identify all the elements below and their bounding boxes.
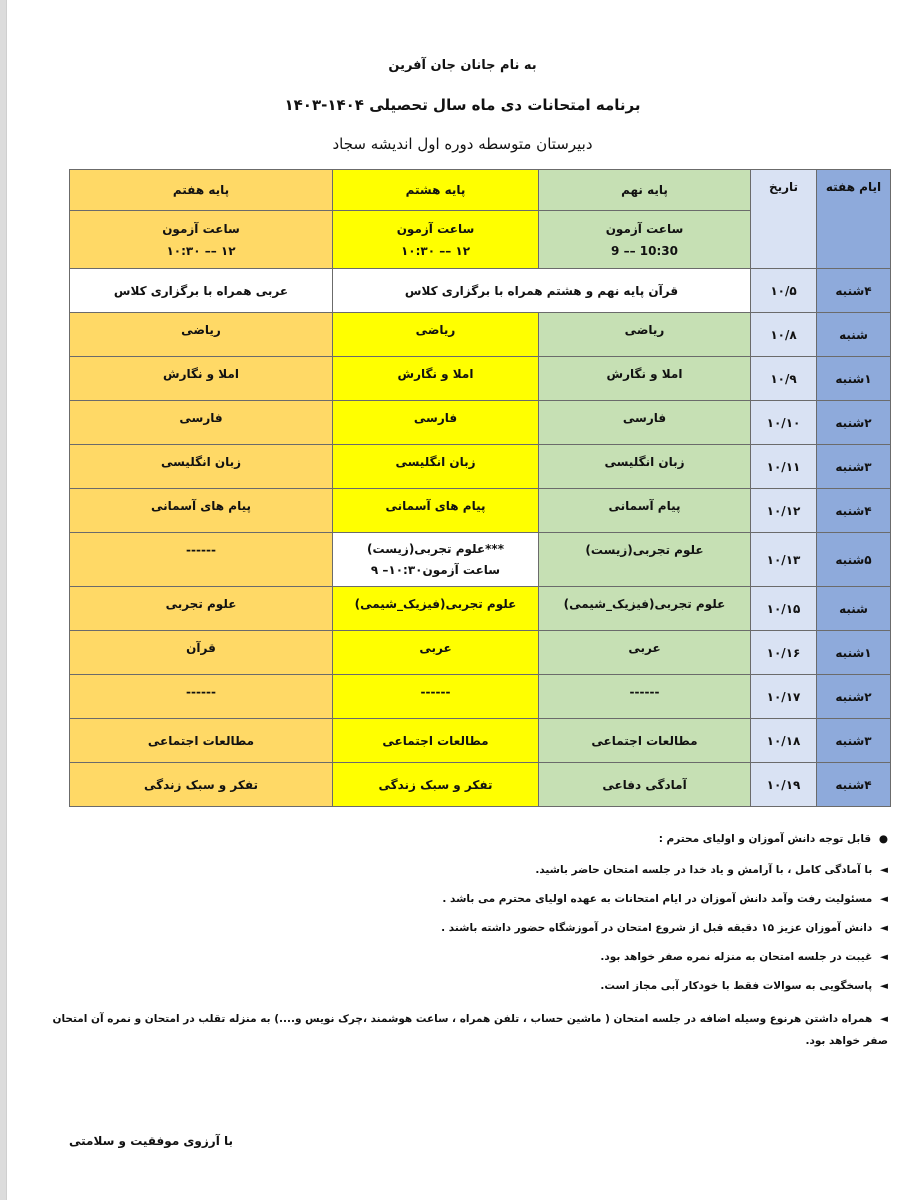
grade8-cell: ریاضی <box>333 313 539 357</box>
exam-time-label: ساعت آزمون <box>337 218 534 240</box>
grade7-cell: قرآن <box>70 631 333 675</box>
grade9-cell: عربی <box>539 631 751 675</box>
weekday-cell: ۵شنبه <box>817 533 891 587</box>
date-cell: ۱۰/۹ <box>751 357 817 401</box>
header-grade8: پایه هشتم <box>333 170 539 211</box>
weekday-cell: ۴شنبه <box>817 269 891 313</box>
header-grade9: پایه نهم <box>539 170 751 211</box>
triangle-bullet-icon: ◄ <box>880 1013 888 1025</box>
table-row: شنبه ۱۰/۱۵ علوم تجربی(فیزیک_شیمی) علوم ت… <box>70 587 891 631</box>
note-text: مسئولیت رفت وآمد دانش آموزان در ایام امت… <box>442 893 872 905</box>
grade8-cell: ***علوم تجربی(زیست) ساعت آزمون۱۰:۳۰– ۹ <box>333 533 539 587</box>
note-item: ◄ با آمادگی کامل ، با آرامش و یاد خدا در… <box>38 863 888 878</box>
grade9-cell: مطالعات اجتماعی <box>539 719 751 763</box>
table-row: ۱شنبه ۱۰/۹ املا و نگارش املا و نگارش امل… <box>70 357 891 401</box>
grade8-cell: فارسی <box>333 401 539 445</box>
notes-section: ● قابل توجه دانش آموزان و اولیای محترم :… <box>38 832 888 1066</box>
weekday-cell: ۱شنبه <box>817 357 891 401</box>
triangle-bullet-icon: ◄ <box>880 951 888 963</box>
grade7-cell: ------ <box>70 533 333 587</box>
grade8-cell: تفکر و سبک زندگی <box>333 763 539 807</box>
weekday-cell: ۴شنبه <box>817 763 891 807</box>
note-item: ◄ مسئولیت رفت وآمد دانش آموزان در ایام ا… <box>38 892 888 907</box>
merged-grade9-grade8-cell: قرآن پایه نهم و هشتم همراه با برگزاری کل… <box>333 269 751 313</box>
weekday-cell: شنبه <box>817 587 891 631</box>
weekday-cell: ۱شنبه <box>817 631 891 675</box>
weekday-cell: ۳شنبه <box>817 445 891 489</box>
grade9-cell: املا و نگارش <box>539 357 751 401</box>
exam-time-value: ۱۰:۳۰ –– ۱۲ <box>337 240 534 262</box>
grade7-cell: پیام های آسمانی <box>70 489 333 533</box>
date-cell: ۱۰/۱۸ <box>751 719 817 763</box>
note-text: همراه داشتن هرنوع وسیله اضافه در جلسه ام… <box>53 1013 888 1047</box>
closing-wish: با آرزوی موفقیت و سلامتی <box>69 1134 233 1148</box>
table-row: ۵شنبه ۱۰/۱۳ علوم تجربی(زیست) ***علوم تجر… <box>70 533 891 587</box>
notes-header: ● قابل توجه دانش آموزان و اولیای محترم : <box>38 832 888 847</box>
date-cell: ۱۰/۱۶ <box>751 631 817 675</box>
table-row: ۳شنبه ۱۰/۱۱ زبان انگلیسی زبان انگلیسی زب… <box>70 445 891 489</box>
date-cell: ۱۰/۱۳ <box>751 533 817 587</box>
header-weekday: ایام هفته <box>817 170 891 269</box>
table-row: ۱شنبه ۱۰/۱۶ عربی عربی قرآن <box>70 631 891 675</box>
grade7-cell: ------ <box>70 675 333 719</box>
document-title: برنامه امتحانات دی ماه سال تحصیلی ۱۴۰۴-۱… <box>7 96 918 114</box>
note-text: با آمادگی کامل ، با آرامش و یاد خدا در ج… <box>535 864 872 876</box>
grade7-cell: زبان انگلیسی <box>70 445 333 489</box>
grade8-cell: پیام های آسمانی <box>333 489 539 533</box>
triangle-bullet-icon: ◄ <box>880 893 888 905</box>
note-text: دانش آموزان عزیز ۱۵ دقیقه قبل از شروع ام… <box>441 922 872 934</box>
table-row: ۴شنبه ۱۰/۵ قرآن پایه نهم و هشتم همراه با… <box>70 269 891 313</box>
grade9-cell: علوم تجربی(فیزیک_شیمی) <box>539 587 751 631</box>
exam-time-value: 9 –– 10:30 <box>543 240 746 262</box>
grade8-cell: علوم تجربی(فیزیک_شیمی) <box>333 587 539 631</box>
exam-time-grade7: ساعت آزمون ۱۰:۳۰ –– ۱۲ <box>70 211 333 269</box>
note-item: ◄ پاسخگویی به سوالات فقط با خودکار آبی م… <box>38 979 888 994</box>
triangle-bullet-icon: ◄ <box>880 864 888 876</box>
triangle-bullet-icon: ◄ <box>880 980 888 992</box>
notes-header-text: قابل توجه دانش آموزان و اولیای محترم : <box>659 833 871 845</box>
grade8-cell: املا و نگارش <box>333 357 539 401</box>
table-row: ۳شنبه ۱۰/۱۸ مطالعات اجتماعی مطالعات اجتم… <box>70 719 891 763</box>
exam-time-value: ۱۰:۳۰ –– ۱۲ <box>74 240 328 262</box>
grade8-subject: ***علوم تجربی(زیست) <box>337 539 534 560</box>
date-cell: ۱۰/۱۵ <box>751 587 817 631</box>
note-text: پاسخگویی به سوالات فقط با خودکار آبی مجا… <box>600 980 872 992</box>
exam-time-grade8: ساعت آزمون ۱۰:۳۰ –– ۱۲ <box>333 211 539 269</box>
weekday-cell: شنبه <box>817 313 891 357</box>
triangle-bullet-icon: ◄ <box>880 922 888 934</box>
grade9-cell: زبان انگلیسی <box>539 445 751 489</box>
date-cell: ۱۰/۱۲ <box>751 489 817 533</box>
grade9-cell: علوم تجربی(زیست) <box>539 533 751 587</box>
grade8-special-time: ساعت آزمون۱۰:۳۰– ۹ <box>337 560 534 581</box>
note-item: ◄ غیبت در جلسه امتحان به منزله نمره صفر … <box>38 950 888 965</box>
exam-time-label: ساعت آزمون <box>74 218 328 240</box>
table-row: ۲شنبه ۱۰/۱۰ فارسی فارسی فارسی <box>70 401 891 445</box>
exam-time-grade9: ساعت آزمون 9 –– 10:30 <box>539 211 751 269</box>
exam-schedule-table: ایام هفته تاریخ پایه نهم پایه هشتم پایه … <box>69 169 891 807</box>
header-grade7: پایه هفتم <box>70 170 333 211</box>
grade8-cell: ------ <box>333 675 539 719</box>
school-name: دبیرستان متوسطه دوره اول اندیشه سجاد <box>7 135 918 153</box>
grade9-cell: ریاضی <box>539 313 751 357</box>
table-row: ۲شنبه ۱۰/۱۷ ------ ------ ------ <box>70 675 891 719</box>
grade7-cell: تفکر و سبک زندگی <box>70 763 333 807</box>
date-cell: ۱۰/۱۰ <box>751 401 817 445</box>
date-cell: ۱۰/۸ <box>751 313 817 357</box>
exam-schedule-document: به نام جانان جان آفرین برنامه امتحانات د… <box>7 0 918 1200</box>
grade7-cell: املا و نگارش <box>70 357 333 401</box>
grade9-cell: فارسی <box>539 401 751 445</box>
grade7-cell: فارسی <box>70 401 333 445</box>
weekday-cell: ۳شنبه <box>817 719 891 763</box>
grade7-cell: ریاضی <box>70 313 333 357</box>
table-row: ۴شنبه ۱۰/۱۲ پیام آسمانی پیام های آسمانی … <box>70 489 891 533</box>
date-cell: ۱۰/۱۷ <box>751 675 817 719</box>
weekday-cell: ۴شنبه <box>817 489 891 533</box>
note-text: غیبت در جلسه امتحان به منزله نمره صفر خو… <box>600 951 872 963</box>
note-item: ◄ دانش آموزان عزیز ۱۵ دقیقه قبل از شروع … <box>38 921 888 936</box>
circle-bullet-icon: ● <box>879 833 888 845</box>
date-cell: ۱۰/۵ <box>751 269 817 313</box>
grade8-cell: عربی <box>333 631 539 675</box>
grade8-cell: مطالعات اجتماعی <box>333 719 539 763</box>
page-edge-shadow <box>0 0 7 1200</box>
grade9-cell: آمادگی دفاعی <box>539 763 751 807</box>
grade9-cell: پیام آسمانی <box>539 489 751 533</box>
grade7-cell: مطالعات اجتماعی <box>70 719 333 763</box>
date-cell: ۱۰/۱۱ <box>751 445 817 489</box>
exam-time-label: ساعت آزمون <box>543 218 746 240</box>
date-cell: ۱۰/۱۹ <box>751 763 817 807</box>
table-header-row: ایام هفته تاریخ پایه نهم پایه هشتم پایه … <box>70 170 891 211</box>
grade9-cell: ------ <box>539 675 751 719</box>
weekday-cell: ۲شنبه <box>817 675 891 719</box>
document-invocation: به نام جانان جان آفرین <box>7 58 918 73</box>
grade7-cell: علوم تجربی <box>70 587 333 631</box>
header-date: تاریخ <box>751 170 817 269</box>
table-row: شنبه ۱۰/۸ ریاضی ریاضی ریاضی <box>70 313 891 357</box>
grade8-cell: زبان انگلیسی <box>333 445 539 489</box>
note-item: ◄ همراه داشتن هرنوع وسیله اضافه در جلسه … <box>38 1008 888 1052</box>
table-row: ۴شنبه ۱۰/۱۹ آمادگی دفاعی تفکر و سبک زندگ… <box>70 763 891 807</box>
weekday-cell: ۲شنبه <box>817 401 891 445</box>
grade7-cell: عربی همراه با برگزاری کلاس <box>70 269 333 313</box>
